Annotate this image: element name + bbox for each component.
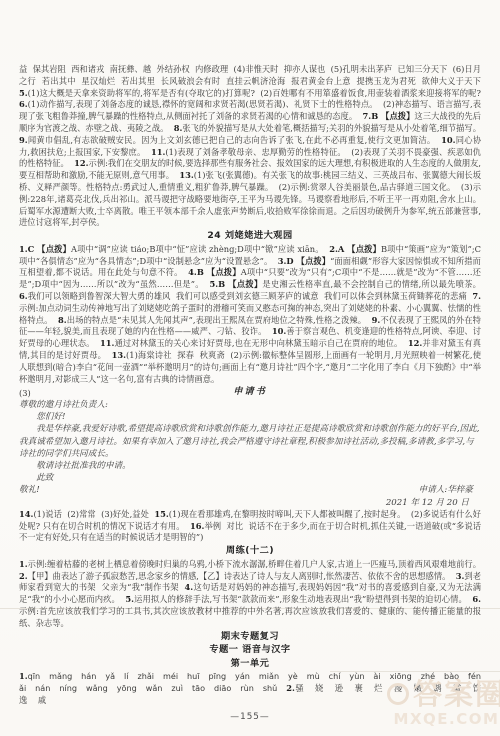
answer-text: 我们可以领略到鲁智深大智大勇的雄风 我们可以感受到刘玄德三顾茅庐的诚意 我们可以…: [28, 291, 473, 301]
answer-number: 4.: [185, 582, 194, 592]
letter-date: 2021 年 12 月 20 日: [19, 497, 481, 509]
answers-paragraph-section23: 益 保其岩阻 西和诸戎 南抚彝、越 外结孙权 内修政理 (4)非惟天时 抑亦人谋…: [19, 64, 481, 229]
watermark-site-text: MXQE.COM: [387, 710, 500, 728]
answer-number: 14.: [19, 509, 33, 519]
answer-text: (1)这大概是天拿来资助将军的,将军是否有(夺取它的)打算呢? (2)百姓哪有不…: [28, 88, 487, 98]
unit-one-heading: 第一单元: [19, 658, 481, 671]
item-3-label: (3): [19, 387, 31, 400]
answer-number: 13.: [179, 170, 193, 180]
answer-number: 7.: [472, 291, 481, 301]
answer-number: 15.: [154, 509, 168, 519]
answer-number: 1.: [19, 559, 28, 569]
answer-number: 5.: [125, 594, 134, 604]
answer-number: 5.: [19, 88, 28, 98]
answer-text: 通过对林黛玉的关心来讨好贾母,也在无形中向林黛玉暗示自己在贾府的地位。: [114, 338, 407, 348]
answer-number: 16.: [190, 521, 204, 531]
answer-number: 2.A: [329, 244, 347, 254]
answer-text: A项中“调”应读 tiáo;B项中“怔”应读 zhèng;D项中“锨”应读 xi…: [71, 244, 329, 254]
answer-number: 3.D: [278, 256, 297, 266]
answer-number: 9.: [19, 135, 28, 145]
watermark-logo-row: 答案圈: [387, 679, 500, 709]
letter-greeting: 您们好!: [19, 411, 481, 423]
answer-number: 6.: [472, 594, 481, 604]
watermark-brand-text: 答案圈: [413, 679, 500, 709]
answer-text: 是史湘云性格率直,最不会控制自己的情绪,所以最先喷茶。: [262, 279, 486, 289]
answer-number: 2.: [286, 683, 295, 693]
answer-number: 【点拨】: [37, 244, 71, 254]
letter-closing-salute: 敬礼!: [19, 484, 40, 496]
answer-number: 11.: [100, 338, 114, 348]
answer-number: 1.: [19, 671, 28, 681]
application-letter-header: (3) 申请书: [19, 386, 481, 399]
workbook-answer-page: 益 保其岩阻 西和诸戎 南抚彝、越 外结孙权 内修政理 (4)非惟天时 抑亦人谋…: [0, 0, 500, 722]
answer-text: 闻黄巾倡乱,有志欲破贼安民。因为上文刘玄德已把自己的志向告诉了张飞,在此不必再重…: [28, 135, 441, 145]
answer-text: 示例:首先应该放我们学习的工具书,其次应该放教材中推荐的中外名著,再次应该放我们…: [19, 606, 481, 628]
answer-number: 10.: [441, 135, 455, 145]
answer-text: 益 保其岩阻 西和诸戎 南抚彝、越 外结孙权 内修政理 (4)非惟天时 抑亦人谋…: [19, 64, 486, 86]
letter-signature-row: 敬礼! 申请人:华梓豪: [19, 484, 481, 496]
answer-text: 运用拟人的修辞手法,写书架“款款而来”,形象生动地表现出“我”盼望得到书架的迫切…: [134, 594, 472, 604]
answer-number: 12.: [408, 338, 422, 348]
answer-number: 11.: [151, 147, 165, 157]
answer-text: 张飞的外貌描写是从大处着笔,概括描写;关羽的外貌描写是从小处着笔,细节描写。: [182, 123, 486, 133]
section-24-heading: 24 刘姥姥进大观园: [19, 230, 481, 243]
answer-number: 【点拨】: [207, 267, 241, 277]
answer-number: 5.B: [209, 279, 228, 289]
topic-one-heading: 专题一 语音与汉字: [19, 644, 481, 657]
answer-text: 出场的特点是“未见其人先闻其声”,表现出王熙凤在贾府地位之特殊,性格之泼辣。: [67, 315, 372, 325]
answer-number: 12.: [74, 158, 88, 168]
answer-text: 示例:缠着枯藤的老树上栖息着傍晚时归巢的乌鸦,小桥下流水潺潺,桥畔住着几户人家,…: [28, 559, 487, 569]
watermark: 答案圈 MXQE.COM: [387, 679, 500, 728]
application-letter-title: 申请书: [233, 386, 267, 397]
final-review-heading: 期末专题复习: [19, 631, 481, 644]
letter-salutation: 尊敬的邀月诗社负责人:: [19, 399, 481, 411]
answer-number: 【点拨】: [381, 111, 414, 121]
letter-closing-cizhi: 此致: [19, 472, 481, 484]
answer-circle-logo-icon: [387, 683, 409, 705]
answer-text: (1)说话 (2)常常 (3)好处,益处: [33, 509, 154, 519]
answer-number: 8.: [58, 315, 67, 325]
answer-text: 【甲】曲表达了游子孤寂愁苦,思念家乡的情感,【乙】诗表达了诗人与友人离别时,怅然…: [28, 571, 456, 581]
application-letter: 尊敬的邀月诗社负责人: 您们好! 我是华梓豪,我爱好诗歌,希望提高诗歌欣赏和诗歌…: [19, 399, 481, 509]
answer-number: 2.: [19, 571, 28, 581]
letter-request: 敬请诗社批准我的申请。: [19, 460, 481, 472]
answer-number: 6.: [19, 99, 28, 109]
answer-number: 【点拨】: [347, 244, 381, 254]
answer-number: 4.B: [188, 267, 207, 277]
answer-number: 1.C: [19, 244, 37, 254]
answer-number: 10.: [272, 326, 286, 336]
answer-number: 【点拨】: [228, 279, 262, 289]
answer-number: 6.: [19, 291, 28, 301]
answer-number: 13.: [112, 350, 126, 360]
answer-number: 9.: [372, 315, 381, 325]
weekly-practice-heading: 周练(十二): [19, 545, 481, 558]
answers-paragraph-weekly12: 1.示例:缠着枯藤的老树上栖息着傍晚时归巢的乌鸦,小桥下流水潺潺,桥畔住着几户人…: [19, 559, 481, 630]
answers-paragraph-items14-16: 14.(1)说话 (2)常常 (3)好处,益处 15.(1)现在看那雄鸡,在黎明…: [19, 509, 481, 544]
answer-number: 【点拨】: [297, 256, 331, 266]
answers-paragraph-section24: 1.C 【点拨】A项中“调”应读 tiáo;B项中“怔”应读 zhèng;D项中…: [19, 244, 481, 386]
letter-applicant-name: 申请人:华梓豪: [419, 484, 473, 496]
answer-number: 7.B: [363, 111, 382, 121]
letter-body: 我是华梓豪,我爱好诗歌,希望提高诗歌欣赏和诗歌创作能力,邀月诗社正是提高诗歌欣赏…: [19, 423, 481, 460]
